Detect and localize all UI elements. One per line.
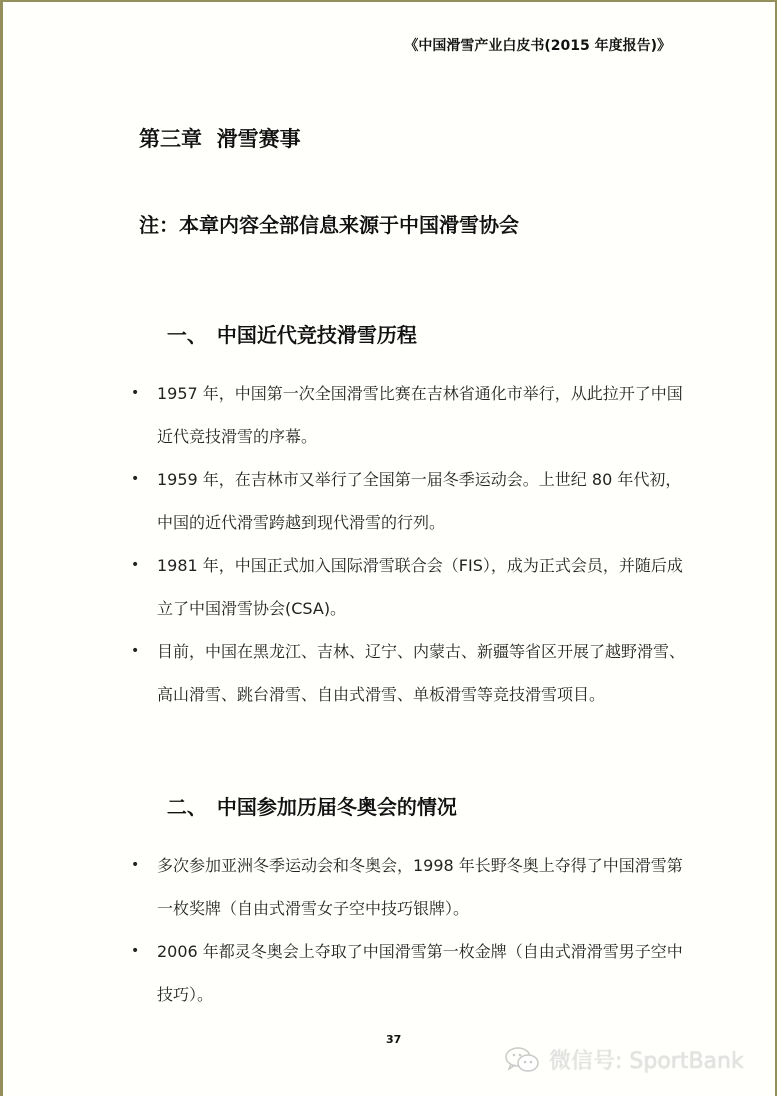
section-heading-1: 一、中国近代竞技滑雪历程 [139,295,417,372]
section-number: 一、 [167,319,217,348]
watermark: 微信号: SportBank [503,1044,744,1075]
list-item: • 1957 年，中国第一次全国滑雪比赛在吉林省通化市举行，从此拉开了中国近代竞… [129,372,689,458]
section-heading-2: 二、中国参加历届冬奥会的情况 [139,767,457,844]
section-1-bullet-list: • 1957 年，中国第一次全国滑雪比赛在吉林省通化市举行，从此拉开了中国近代竞… [129,372,689,716]
list-item-text: 1959 年，在吉林市又举行了全国第一届冬季运动会。上世纪 80 年代初，中国的… [157,470,681,532]
bullet-icon: • [131,544,139,587]
bullet-icon: • [131,372,139,415]
list-item-text: 1981 年，中国正式加入国际滑雪联合会（FIS），成为正式会员，并随后成立了中… [157,556,683,618]
list-item-text: 多次参加亚洲冬季运动会和冬奥会，1998 年长野冬奥上夺得了中国滑雪第一枚奖牌（… [157,856,683,918]
running-header: 《中国滑雪产业白皮书(2015 年度报告)》 [404,35,671,55]
chapter-title: 第三章 滑雪赛事 [139,123,301,153]
bullet-icon: • [131,630,139,673]
source-note: 注：本章内容全部信息来源于中国滑雪协会 [139,209,519,238]
list-item-text: 目前，中国在黑龙江、吉林、辽宁、内蒙古、新疆等省区开展了越野滑雪、高山滑雪、跳台… [157,642,685,704]
wechat-icon [503,1045,543,1075]
list-item: • 目前，中国在黑龙江、吉林、辽宁、内蒙古、新疆等省区开展了越野滑雪、高山滑雪、… [129,630,689,716]
list-item-text: 2006 年都灵冬奥会上夺取了中国滑雪第一枚金牌（自由式滑滑雪男子空中技巧）。 [157,942,683,1004]
bullet-icon: • [131,844,139,887]
list-item: • 1959 年，在吉林市又举行了全国第一届冬季运动会。上世纪 80 年代初，中… [129,458,689,544]
section-2-bullet-list: • 多次参加亚洲冬季运动会和冬奥会，1998 年长野冬奥上夺得了中国滑雪第一枚奖… [129,844,689,1016]
list-item: • 多次参加亚洲冬季运动会和冬奥会，1998 年长野冬奥上夺得了中国滑雪第一枚奖… [129,844,689,930]
watermark-text: 微信号: SportBank [549,1044,744,1075]
section-number: 二、 [167,791,217,820]
document-page: 《中国滑雪产业白皮书(2015 年度报告)》 第三章 滑雪赛事 注：本章内容全部… [0,0,777,1096]
page-number: 37 [386,1033,401,1046]
section-title: 中国近代竞技滑雪历程 [217,323,417,347]
list-item: • 2006 年都灵冬奥会上夺取了中国滑雪第一枚金牌（自由式滑滑雪男子空中技巧）… [129,930,689,1016]
section-title: 中国参加历届冬奥会的情况 [217,795,457,819]
bullet-icon: • [131,930,139,973]
list-item: • 1981 年，中国正式加入国际滑雪联合会（FIS），成为正式会员，并随后成立… [129,544,689,630]
list-item-text: 1957 年，中国第一次全国滑雪比赛在吉林省通化市举行，从此拉开了中国近代竞技滑… [157,384,683,446]
bullet-icon: • [131,458,139,501]
